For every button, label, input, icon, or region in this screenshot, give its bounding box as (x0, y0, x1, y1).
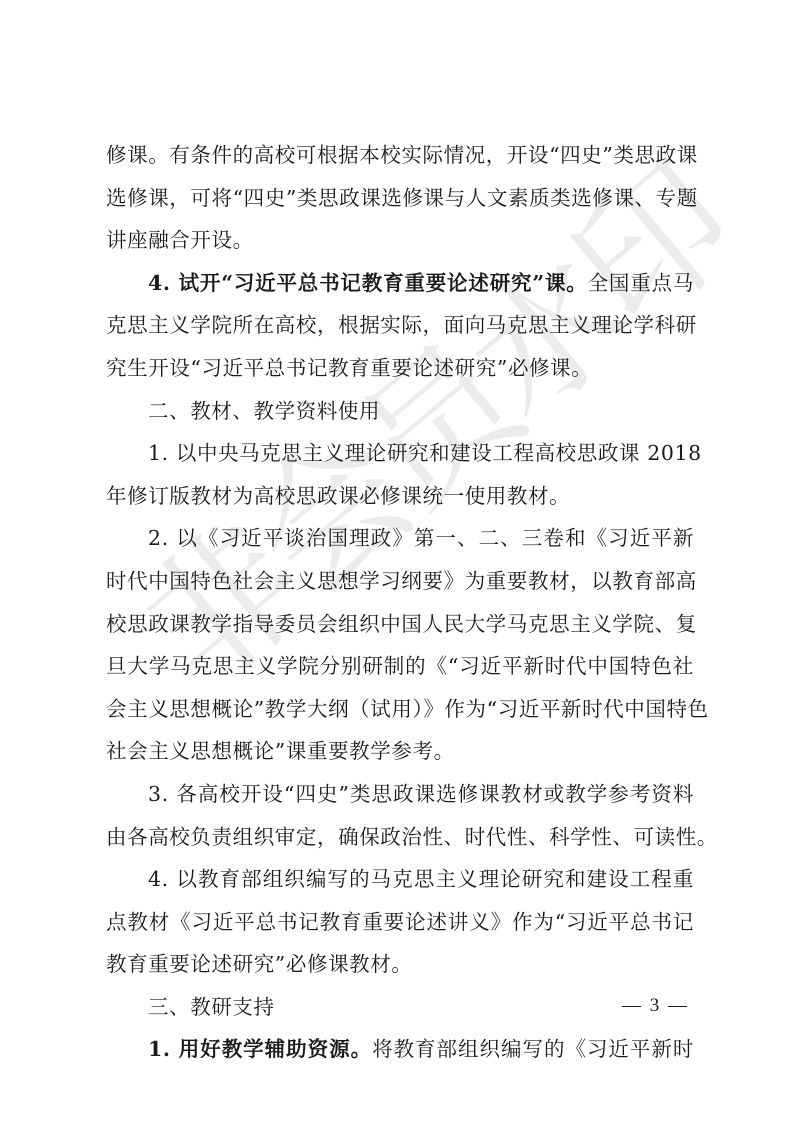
paragraph-line: 教育重要论述研究”必修课教材。 (106, 943, 694, 986)
paragraph-line: 由各高校负责组织审定，确保政治性、时代性、科学性、可读性。 (106, 816, 694, 859)
paragraph-line: 旦大学马克思主义学院分别研制的《“习近平新时代中国特色社 (106, 645, 694, 688)
paragraph-line: 2. 以《习近平谈治国理政》第一、二、三卷和《习近平新 (106, 517, 694, 560)
paragraph-line: 4. 以教育部组织编写的马克思主义理论研究和建设工程重 (106, 858, 694, 901)
paragraph-line: 修课。有条件的高校可根据本校实际情况，开设“四史”类思政课 (106, 134, 694, 177)
paragraph-line: 克思主义学院所在高校，根据实际，面向马克思主义理论学科研 (106, 304, 694, 347)
paragraph-line: 时代中国特色社会主义思想学习纲要》为重要教材，以教育部高 (106, 560, 694, 603)
paragraph-line: 讲座融合开设。 (106, 219, 694, 262)
paragraph-line: 会主义思想概论”教学大纲（试用）》作为“习近平新时代中国特色 (106, 688, 694, 731)
bold-item-title: 4. 试开“习近平总书记教育重要论述研究”课。 (148, 271, 588, 295)
paragraph-line: 1. 以中央马克思主义理论研究和建设工程高校思政课 2018 (106, 432, 694, 475)
paragraph-line: 校思政课教学指导委员会组织中国人民大学马克思主义学院、复 (106, 603, 694, 646)
paragraph-line: 点教材《习近平总书记教育重要论述讲义》作为“习近平总书记 (106, 901, 694, 944)
paragraph-line: 选修课，可将“四史”类思政课选修课与人文素质类选修课、专题 (106, 177, 694, 220)
item-text: 全国重点马 (588, 271, 694, 295)
paragraph-line: 年修订版教材为高校思政课必修课统一使用教材。 (106, 475, 694, 518)
numbered-item-heading-line: 1. 用好教学辅助资源。将教育部组织编写的《习近平新时 (106, 1028, 694, 1071)
numbered-item-heading-line: 4. 试开“习近平总书记教育重要论述研究”课。全国重点马 (106, 262, 694, 305)
paragraph-line: 3. 各高校开设“四史”类思政课选修课教材或教学参考资料 (106, 773, 694, 816)
section-heading: 三、教研支持 (106, 986, 694, 1029)
paragraph-line: 究生开设“习近平总书记教育重要论述研究”必修课。 (106, 347, 694, 390)
section-heading: 二、教材、教学资料使用 (106, 390, 694, 433)
document-body: 修课。有条件的高校可根据本校实际情况，开设“四史”类思政课 选修课，可将“四史”… (106, 134, 694, 1071)
item-text: 将教育部组织编写的《习近平新时 (372, 1037, 694, 1061)
paragraph-line: 社会主义思想概论”课重要教学参考。 (106, 730, 694, 773)
bold-item-title: 1. 用好教学辅助资源。 (148, 1037, 372, 1061)
